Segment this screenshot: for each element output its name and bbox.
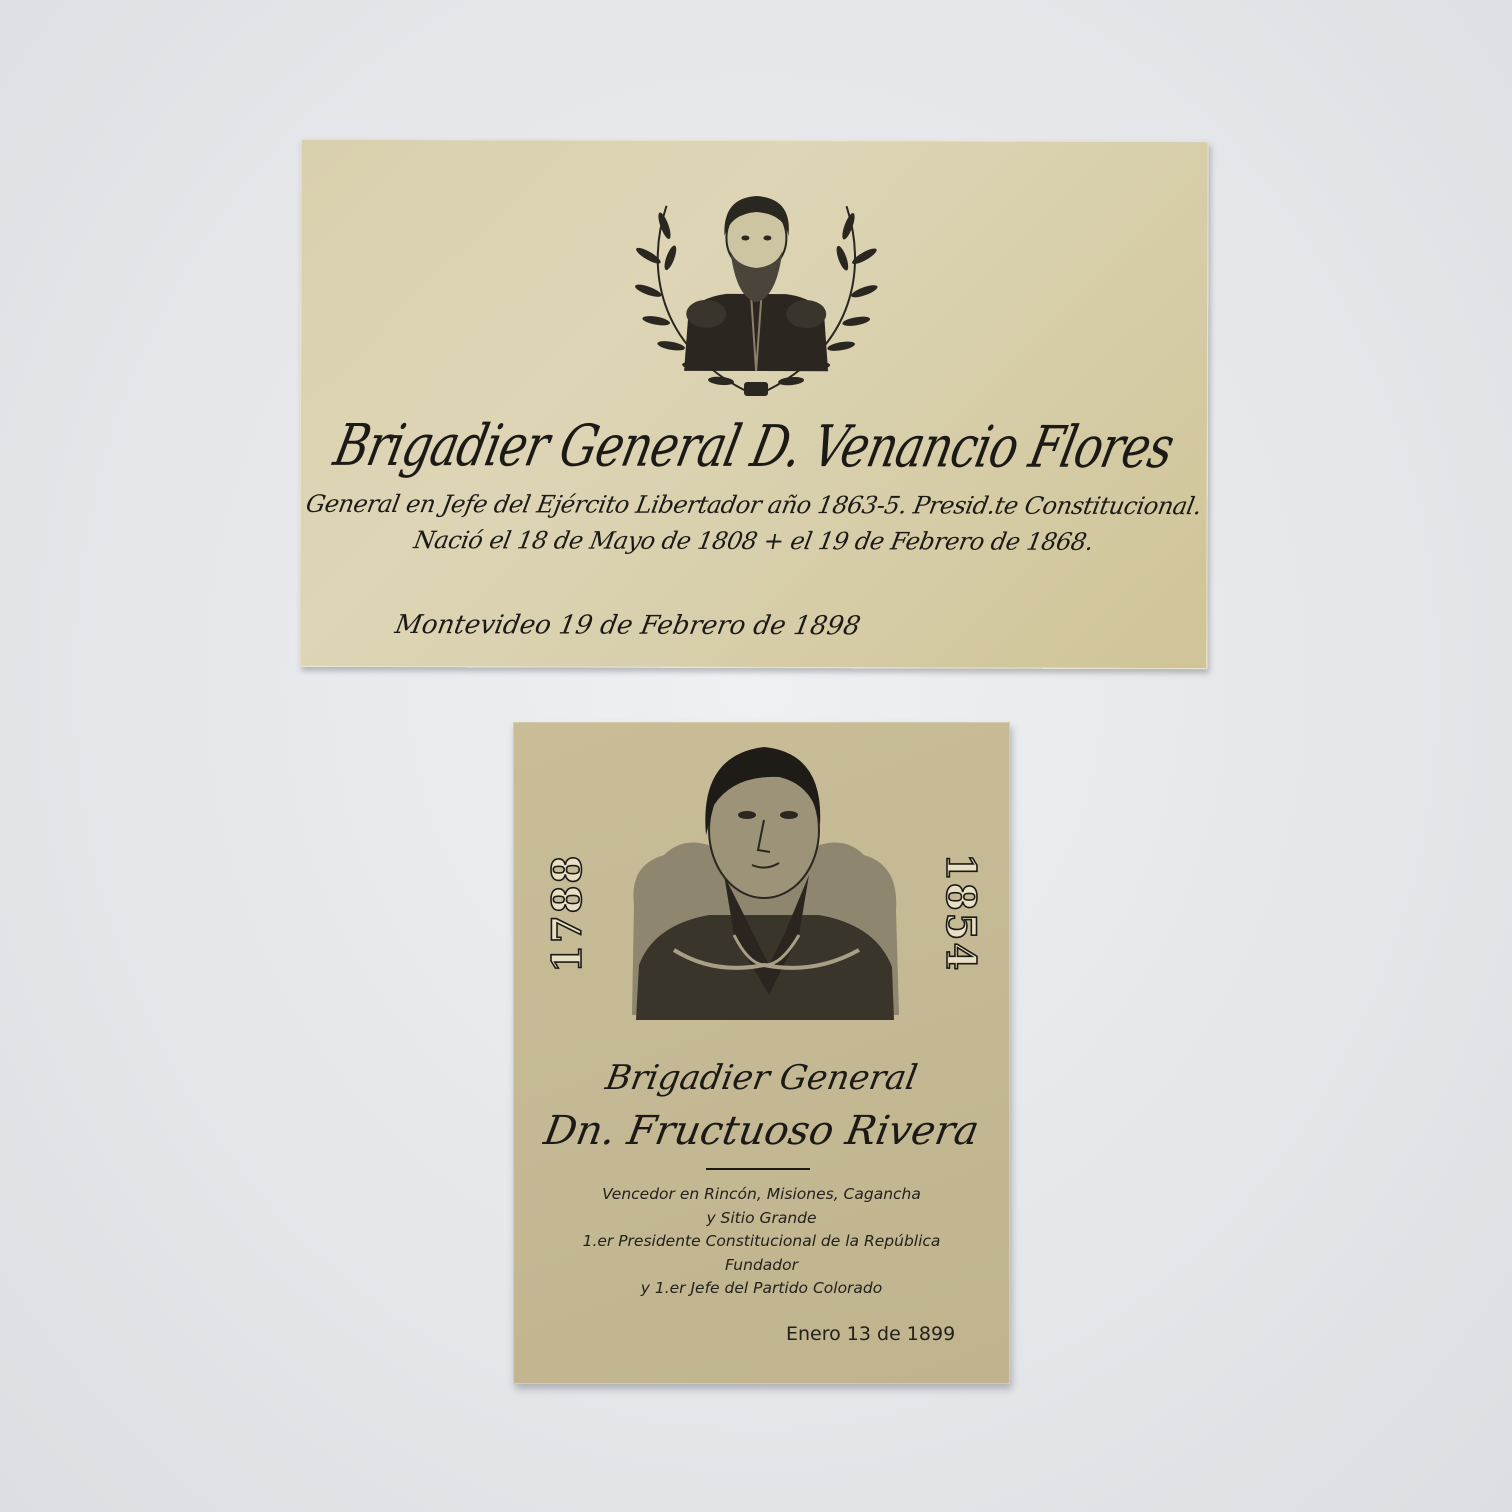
description-line: Vencedor en Rincón, Misiones, Cagancha <box>514 1183 1009 1207</box>
death-year: 1854 <box>937 853 984 972</box>
flores-title: Brigadier General D. Venancio Flores <box>294 411 1215 481</box>
flores-portrait-engraving <box>626 186 887 409</box>
flores-career-line: General en Jefe del Ejército Libertador … <box>298 490 1209 520</box>
rivera-date: Enero 13 de 1899 <box>786 1323 955 1345</box>
description-line: Fundador <box>514 1254 1009 1278</box>
flores-life-dates-line: Nació el 18 de Mayo de 1808 + el 19 de F… <box>298 526 1209 556</box>
flores-place-date: Montevideo 19 de Febrero de 1898 <box>393 610 863 641</box>
rivera-description: Vencedor en Rincón, Misiones, Cagancha y… <box>514 1183 1009 1301</box>
description-line: 1.er Presidente Constitucional de la Rep… <box>514 1230 1009 1254</box>
rivera-memorial-card: 1788 1854 Brigadier General Dn. Fructuos… <box>513 722 1010 1384</box>
flores-memorial-card: Brigadier General D. Venancio Flores Gen… <box>299 139 1208 669</box>
description-line: y 1.er Jefe del Partido Colorado <box>514 1277 1009 1301</box>
divider-rule <box>706 1168 810 1170</box>
description-line: y Sitio Grande <box>514 1207 1009 1231</box>
rivera-rank: Brigadier General <box>510 1058 1012 1098</box>
rivera-name: Dn. Fructuoso Rivera <box>510 1108 1013 1154</box>
rivera-portrait <box>614 735 914 1035</box>
birth-year: 1788 <box>544 854 591 973</box>
